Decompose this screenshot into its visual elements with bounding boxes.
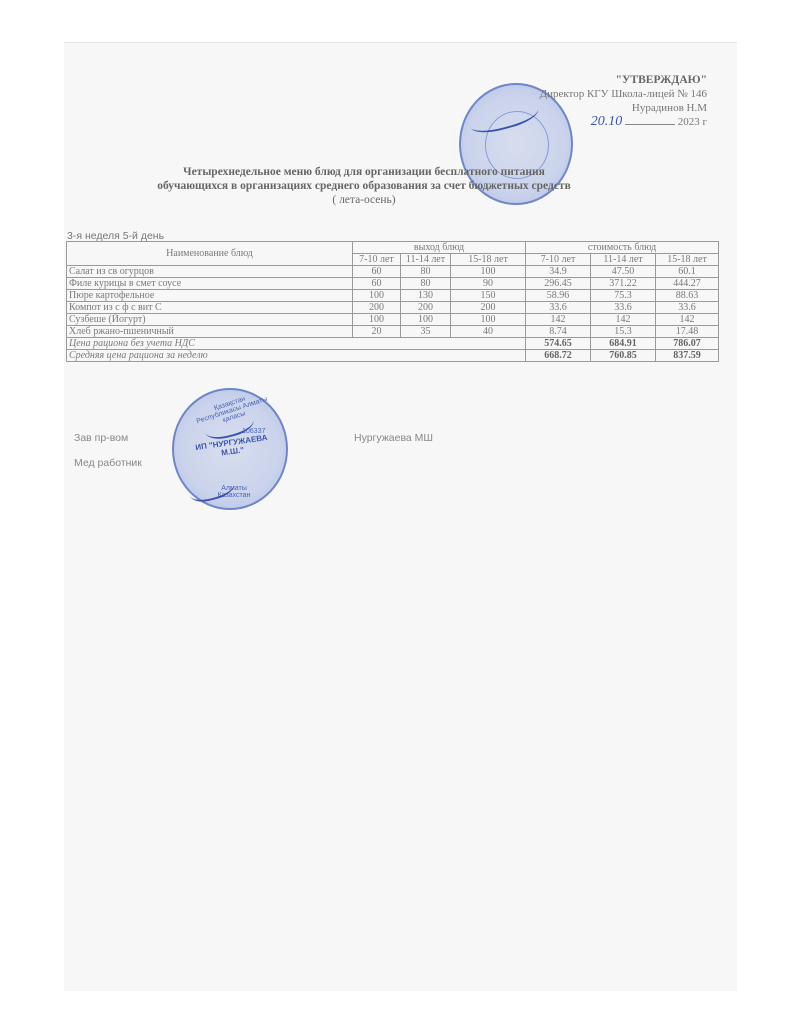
document-page: "УТВЕРЖДАЮ" Директор КГУ Школа-лицей № 1… — [64, 43, 737, 991]
approval-date: 20.10 — [591, 114, 623, 129]
total-row: Средняя цена рациона за неделю668.72760.… — [67, 350, 719, 362]
production-head-name: Нургужаева МШ — [354, 432, 433, 444]
cost-age-header: 15-18 лет — [656, 254, 719, 266]
total-value: 760.85 — [591, 350, 656, 362]
output-age-header: 15-18 лет — [451, 254, 526, 266]
title-line-2: обучающихся в организациях среднего обра… — [144, 179, 584, 193]
dish-cost: 34.9 — [526, 266, 591, 278]
dish-cost: 60.1 — [656, 266, 719, 278]
table-row: Филе курицы в смет соусе608090296.45371.… — [67, 278, 719, 290]
approval-name: Нурадинов Н.М — [540, 101, 707, 115]
dish-name: Салат из св огурцов — [67, 266, 353, 278]
col-group-output: выход блюд — [353, 242, 526, 254]
portion-weight: 130 — [401, 290, 451, 302]
cost-age-header: 7-10 лет — [526, 254, 591, 266]
portion-weight: 200 — [353, 302, 401, 314]
dish-cost: 75.3 — [591, 290, 656, 302]
output-age-header: 7-10 лет — [353, 254, 401, 266]
dish-name: Компот из с ф с вит С — [67, 302, 353, 314]
portion-weight: 90 — [451, 278, 526, 290]
approval-date-row: 20.10 2023 г — [540, 115, 707, 129]
dish-cost: 444.27 — [656, 278, 719, 290]
dish-name: Пюре картофельное — [67, 290, 353, 302]
portion-weight: 100 — [401, 314, 451, 326]
table-row: Пюре картофельное10013015058.9675.388.63 — [67, 290, 719, 302]
dish-name: Сузбеше (Йогурт) — [67, 314, 353, 326]
total-value: 684.91 — [591, 338, 656, 350]
document-title: Четырехнедельное меню блюд для организац… — [144, 165, 584, 207]
total-row: Цена рациона без учета НДС574.65684.9178… — [67, 338, 719, 350]
portion-weight: 100 — [451, 314, 526, 326]
total-value: 837.59 — [656, 350, 719, 362]
dish-cost: 33.6 — [526, 302, 591, 314]
dish-cost: 17.48 — [656, 326, 719, 338]
dish-cost: 142 — [526, 314, 591, 326]
portion-weight: 80 — [401, 278, 451, 290]
portion-weight: 20 — [353, 326, 401, 338]
approval-position: Директор КГУ Школа-лицей № 146 — [540, 87, 707, 101]
table-row: Сузбеше (Йогурт)100100100142142142 — [67, 314, 719, 326]
col-group-cost: стоимость блюд — [526, 242, 719, 254]
table-row: Хлеб ржано-пшеничный2035408.7415.317.48 — [67, 326, 719, 338]
dish-cost: 33.6 — [591, 302, 656, 314]
approval-block: "УТВЕРЖДАЮ" Директор КГУ Школа-лицей № 1… — [540, 73, 707, 129]
portion-weight: 35 — [401, 326, 451, 338]
portion-weight: 60 — [353, 278, 401, 290]
approval-year: 2023 г — [678, 116, 707, 128]
portion-weight: 100 — [353, 314, 401, 326]
title-line-1: Четырехнедельное меню блюд для организац… — [144, 165, 584, 179]
dish-cost: 142 — [591, 314, 656, 326]
dish-name: Хлеб ржано-пшеничный — [67, 326, 353, 338]
total-value: 786.07 — [656, 338, 719, 350]
dish-cost: 58.96 — [526, 290, 591, 302]
total-label: Средняя цена рациона за неделю — [67, 350, 526, 362]
total-value: 574.65 — [526, 338, 591, 350]
menu-table: Наименование блюд выход блюд стоимость б… — [66, 241, 719, 362]
col-header-name: Наименование блюд — [67, 242, 353, 266]
dish-cost: 88.63 — [656, 290, 719, 302]
portion-weight: 80 — [401, 266, 451, 278]
total-label: Цена рациона без учета НДС — [67, 338, 526, 350]
table-row: Салат из св огурцов608010034.947.5060.1 — [67, 266, 719, 278]
dish-cost: 15.3 — [591, 326, 656, 338]
portion-weight: 150 — [451, 290, 526, 302]
portion-weight: 40 — [451, 326, 526, 338]
portion-weight: 200 — [451, 302, 526, 314]
dish-name: Филе курицы в смет соусе — [67, 278, 353, 290]
medic-label: Мед работник — [74, 457, 142, 469]
output-age-header: 11-14 лет — [401, 254, 451, 266]
cost-age-header: 11-14 лет — [591, 254, 656, 266]
dish-cost: 8.74 — [526, 326, 591, 338]
title-line-3: ( лета-осень) — [144, 193, 584, 207]
production-head-label: Зав пр-вом — [74, 432, 128, 444]
portion-weight: 100 — [451, 266, 526, 278]
portion-weight: 60 — [353, 266, 401, 278]
dish-cost: 33.6 — [656, 302, 719, 314]
dish-cost: 296.45 — [526, 278, 591, 290]
table-row: Компот из с ф с вит С20020020033.633.633… — [67, 302, 719, 314]
dish-cost: 371.22 — [591, 278, 656, 290]
total-value: 668.72 — [526, 350, 591, 362]
dish-cost: 142 — [656, 314, 719, 326]
dish-cost: 47.50 — [591, 266, 656, 278]
portion-weight: 100 — [353, 290, 401, 302]
portion-weight: 200 — [401, 302, 451, 314]
approval-title: "УТВЕРЖДАЮ" — [540, 73, 707, 87]
